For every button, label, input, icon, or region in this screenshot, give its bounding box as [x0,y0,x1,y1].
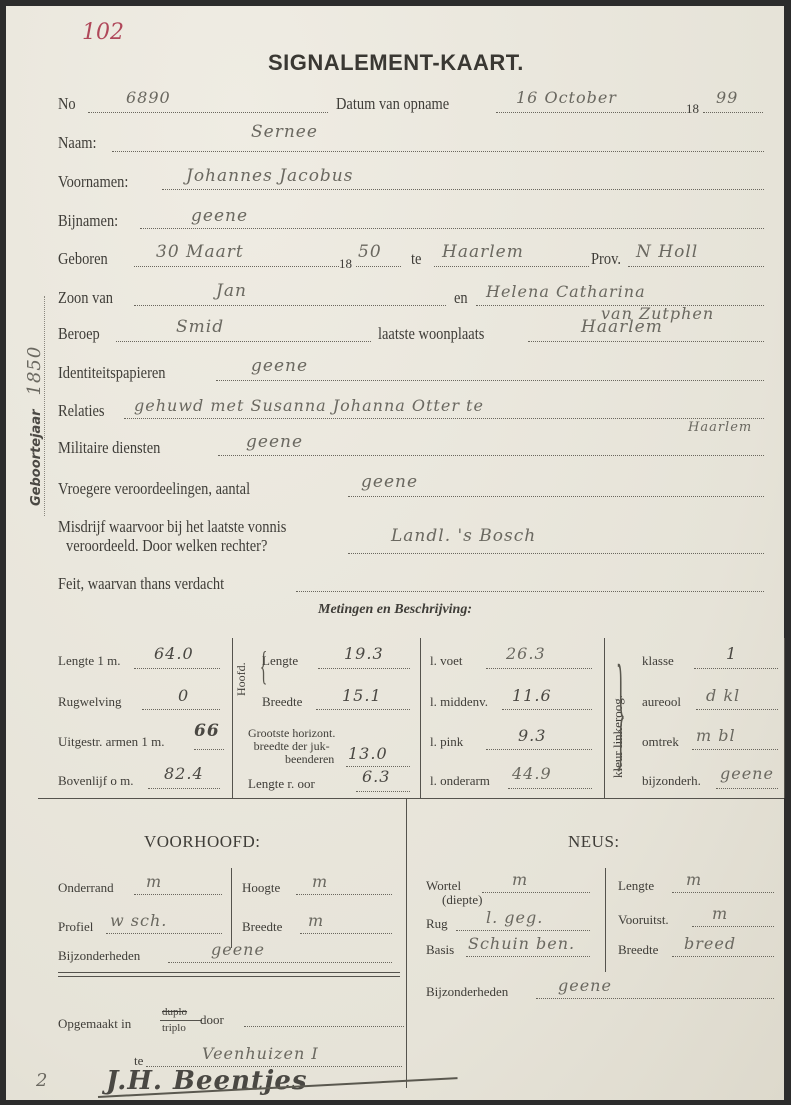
voornamen-label: Voornamen: [58,172,128,192]
door-label: door [200,1012,224,1028]
bijzonderh-label: bijzonderh. [642,773,701,789]
no-value: 6890 [126,88,171,107]
vroegere-value: geene [361,472,418,492]
footer-te-value: Veenhuizen I [202,1044,319,1063]
voorhoofd-heading: VOORHOOFD: [144,832,260,852]
neus-heading: NEUS: [568,832,620,852]
lengte-label: Lengte 1 m. [58,653,120,669]
jukbeenderen-label-3: beenderen [248,753,335,766]
bijnamen-label: Bijnamen: [58,211,118,231]
bovenlijf-label: Bovenlijf o m. [58,773,133,789]
voornamen-value: Johannes Jacobus [186,166,353,186]
onderrand-label: Onderrand [58,880,114,896]
hoofd-lengte-label: Lengte [262,653,298,669]
neus-lengte-value: m [686,870,702,889]
onderrand-value: m [146,872,162,891]
misdrijf-label-2: veroordeeld. Door welken rechter? [66,536,267,556]
bijzonderh-value: geene [720,764,774,783]
omtrek-value: m bl [696,726,736,745]
hoofd-label: Hoofd. [234,662,249,696]
neus-breedte-value: breed [684,934,736,953]
jukbeenderen-label: Grootste horizont. breedte der juk- been… [248,727,335,766]
vroegere-label: Vroegere veroordeelingen, aantal [58,479,250,499]
voorhoofd-bijzonderheden-label: Bijzonderheden [58,948,140,964]
feit-label: Feit, waarvan thans verdacht [58,574,224,594]
voorhoofd-bijzonderheden-value: geene [211,940,265,959]
datum-value: 16 October [516,88,617,107]
naam-label: Naam: [58,133,97,153]
prov-value: N Holl [636,242,698,262]
klasse-value: 1 [726,644,737,663]
geboren-label: Geboren [58,249,108,269]
pink-label: l. pink [430,734,463,750]
rug-label: Rug [426,916,448,932]
mother-line1: Helena Catharina [486,282,646,301]
page-title: SIGNALEMENT-KAART. [268,50,524,76]
no-label: No [58,94,76,114]
geboren-date: 30 Maart [156,242,244,262]
omtrek-label: omtrek [642,734,679,750]
year-prefix: 18 [686,101,699,117]
neus-lengte-label: Lengte [618,878,654,894]
geboren-place: Haarlem [442,242,524,262]
signalement-card: 102 SIGNALEMENT-KAART. No 6890 Datum van… [6,6,784,1100]
beroep-value: Smid [176,317,224,337]
voet-value: 26.3 [506,644,546,663]
aureool-label: aureool [642,694,681,710]
geboren-year-prefix: 18 [339,256,352,272]
card-number-annotation: 102 [82,20,124,45]
profiel-label: Profiel [58,919,93,935]
wortel-sub: (diepte) [442,892,482,908]
opgemaakt-label: Opgemaakt in [58,1016,131,1032]
hoogte-label: Hoogte [242,880,280,896]
armen-label: Uitgestr. armen 1 m. [58,734,165,750]
oor-value: 6.3 [362,767,390,786]
triplo: triplo [162,1022,186,1034]
rugwelving-value: 0 [178,686,189,705]
middenv-value: 11.6 [512,686,552,705]
metingen-heading: Metingen en Beschrijving: [318,602,472,618]
klasse-label: klasse [642,653,674,669]
hoofd-lengte-value: 19.3 [344,644,384,663]
rug-value: l. geg. [486,908,543,927]
voorhoofd-breedte-label: Breedte [242,919,282,935]
hoogte-value: m [312,872,328,891]
neus-breedte-label: Breedte [618,942,658,958]
year-value: 99 [716,88,738,107]
vooruitst-label: Vooruitst. [618,912,669,928]
lengte-value: 64.0 [154,644,194,663]
neus-bijzonderheden-value: geene [558,976,612,995]
oog-brace: } [616,646,625,776]
te-label: te [411,249,421,269]
corner-mark: 2 [36,1070,48,1091]
geboortejaar-label: Geboortejaar [29,409,44,506]
misdrijf-value: Landl. 's Bosch [391,526,536,546]
voet-label: l. voet [430,653,463,669]
vooruitst-value: m [712,904,728,923]
naam-value: Sernee [251,122,318,142]
hoofd-breedte-label: Breedte [262,694,302,710]
neus-bijzonderheden-label: Bijzonderheden [426,984,508,1000]
rugwelving-label: Rugwelving [58,694,122,710]
father-value: Jan [216,281,247,301]
en-label: en [454,288,468,308]
basis-label: Basis [426,942,454,958]
relaties-line1: gehuwd met Susanna Johanna Otter te [134,396,484,415]
identiteit-label: Identiteitspapieren [58,363,166,383]
onderarm-value: 44.9 [512,764,552,783]
middenv-label: l. middenv. [430,694,488,710]
voorhoofd-breedte-value: m [308,911,324,930]
pink-value: 9.3 [518,726,546,745]
datum-label: Datum van opname [336,94,449,114]
beroep-label: Beroep [58,324,100,344]
relaties-line2: Haarlem [688,420,752,435]
woonplaats-label: laatste woonplaats [378,324,484,344]
onderarm-label: l. onderarm [430,773,490,789]
profiel-value: w sch. [110,911,167,930]
geboortejaar-side: Geboortejaar 1850 [24,346,45,506]
prov-label: Prov. [591,249,621,269]
hoofd-breedte-value: 15.1 [342,686,382,705]
bijnamen-value: geene [191,206,248,226]
bovenlijf-value: 82.4 [164,764,204,783]
wortel-value: m [512,870,528,889]
misdrijf-label-1: Misdrijf waarvoor bij het laatste vonnis [58,517,286,537]
aureool-value: d kl [706,686,740,705]
duplo-struck: duplo [162,1006,187,1018]
zoon-label: Zoon van [58,288,113,308]
militaire-label: Militaire diensten [58,438,160,458]
identiteit-value: geene [251,356,308,376]
relaties-label: Relaties [58,401,105,421]
oor-label: Lengte r. oor [248,776,315,792]
militaire-value: geene [246,432,303,452]
jukbeenderen-value: 13.0 [348,744,388,763]
woonplaats-value: Haarlem [581,317,663,337]
basis-value: Schuin ben. [468,934,575,953]
armen-value: 66 [194,721,220,741]
geboortejaar-value: 1850 [24,346,45,396]
geboren-year: 50 [358,242,382,262]
